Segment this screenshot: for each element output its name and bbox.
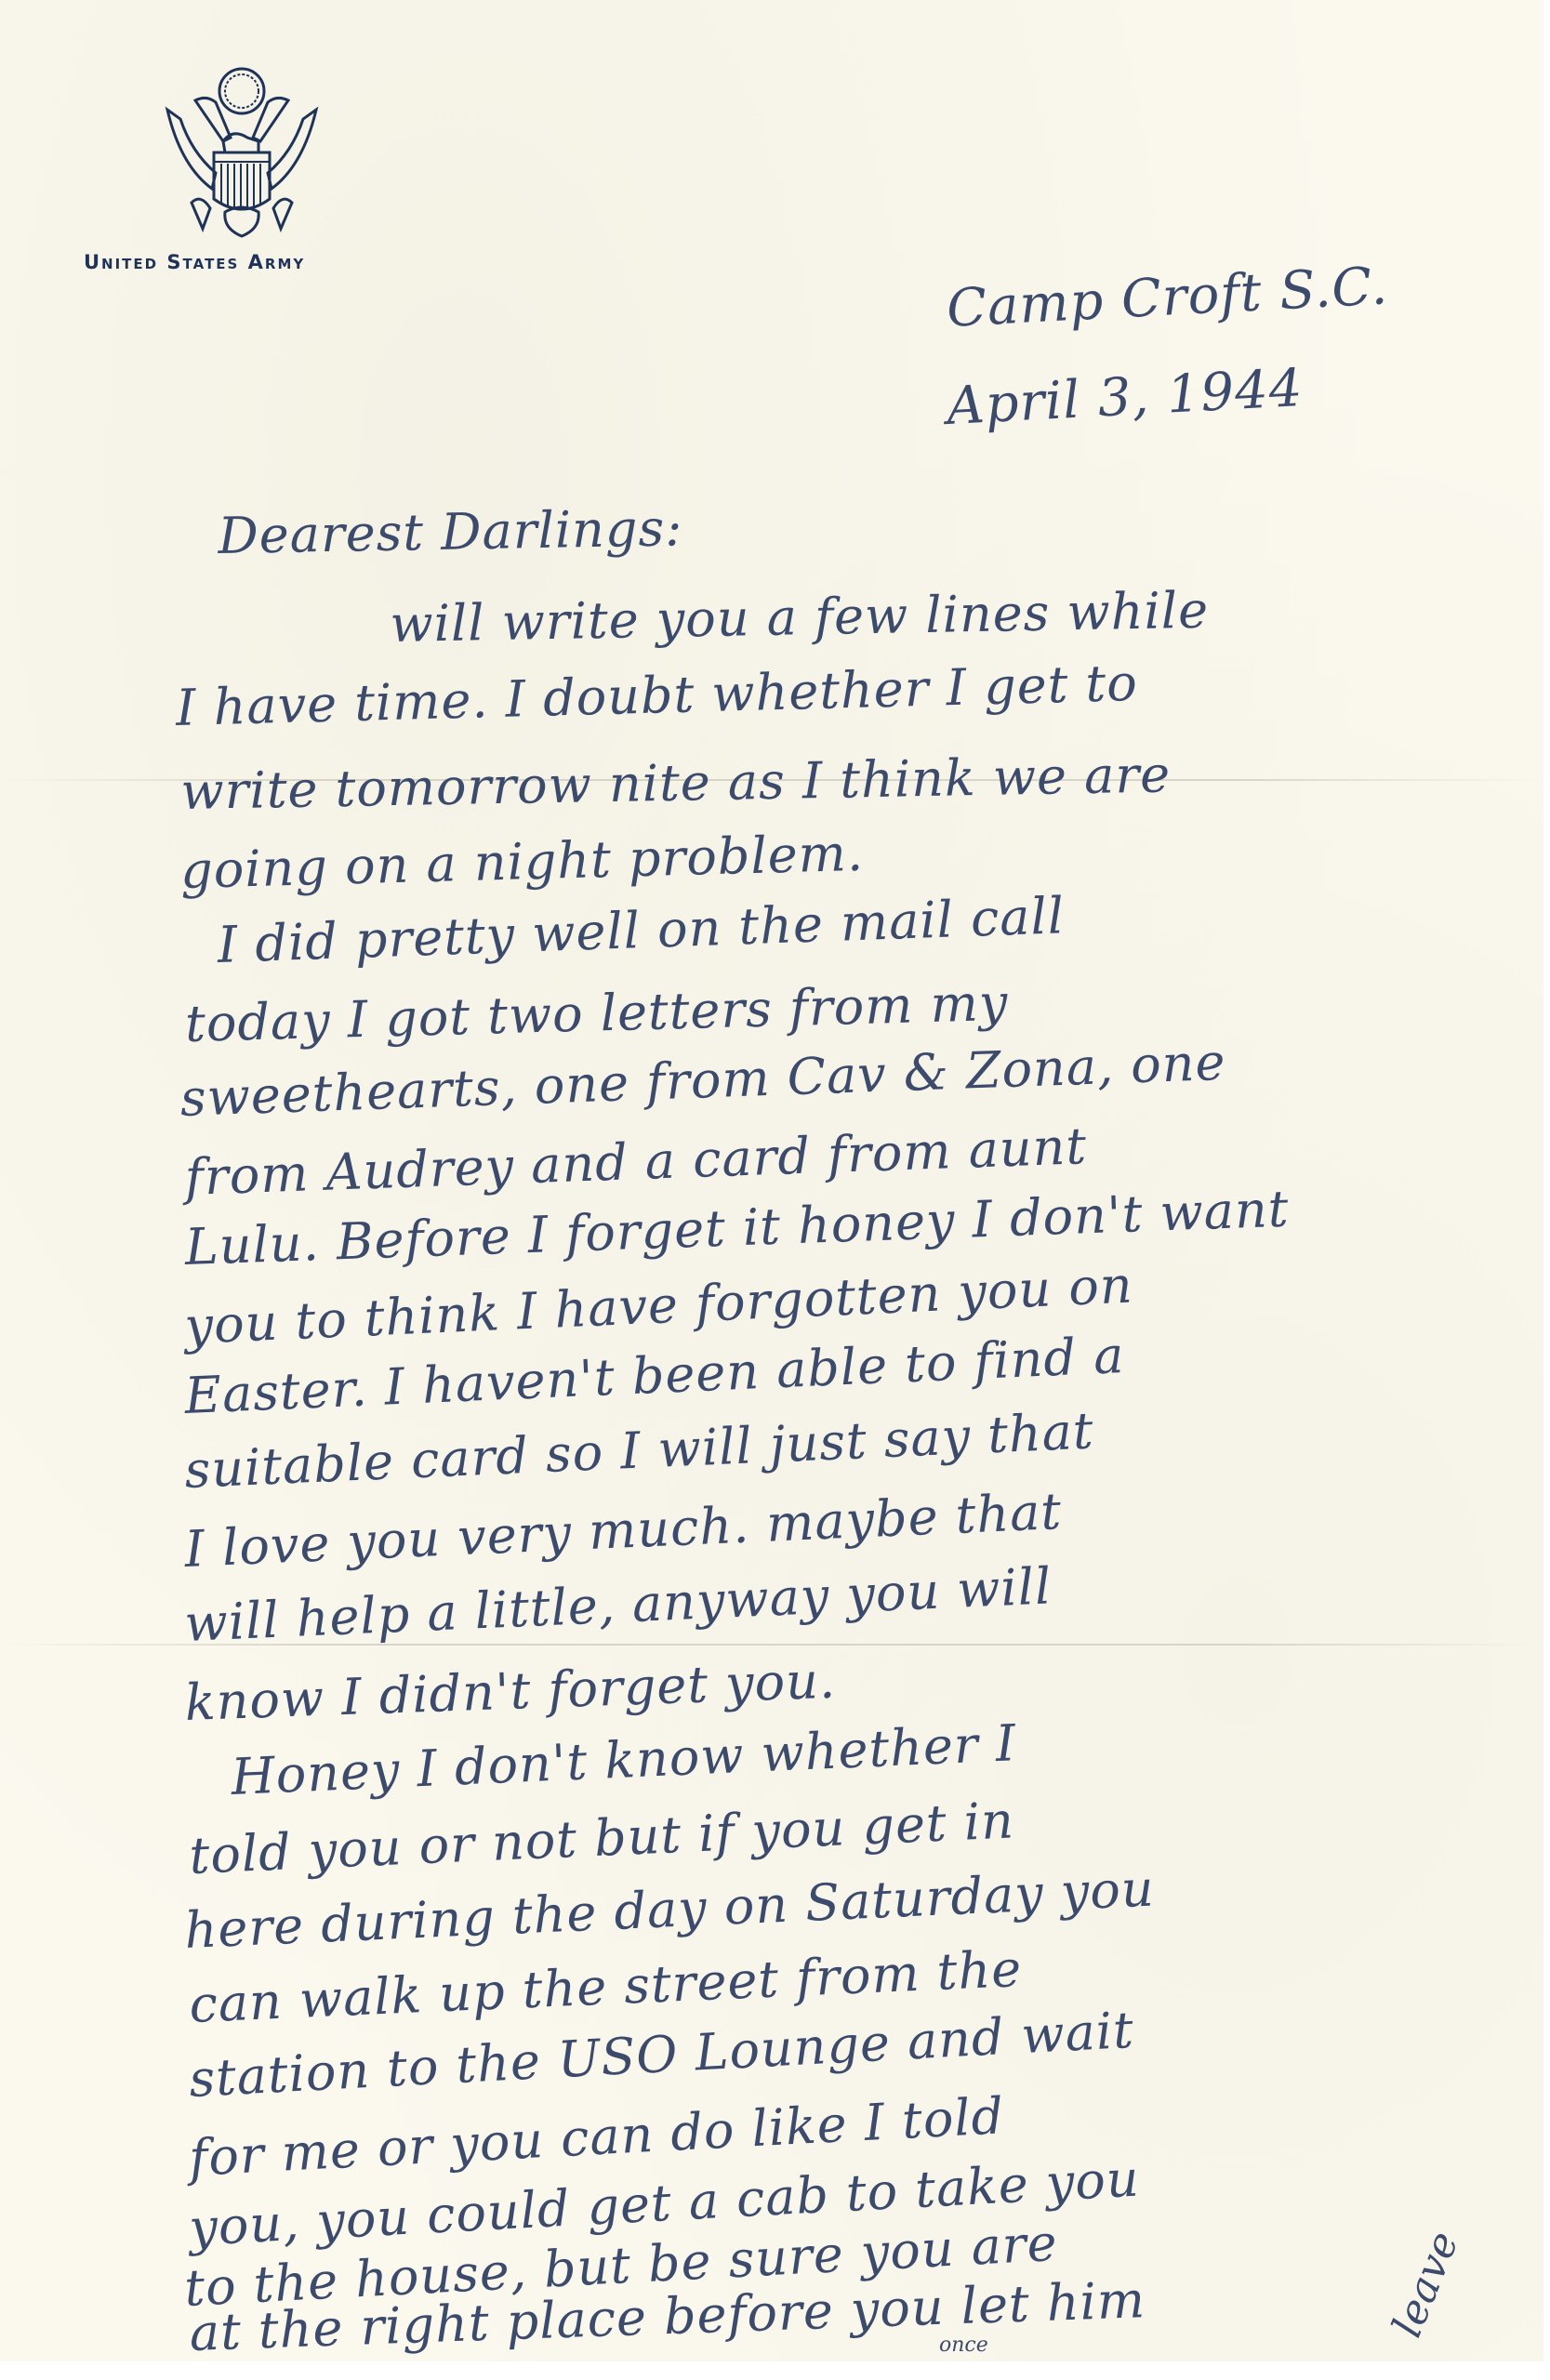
- insert-note: once: [939, 2334, 988, 2357]
- letter-date: April 3, 1944: [946, 358, 1305, 437]
- letter-place: Camp Croft S.C.: [946, 256, 1390, 339]
- salutation: Dearest Darlings:: [218, 498, 683, 565]
- body-line: know I didn't forget you.: [184, 1651, 837, 1732]
- body-line: I did pretty well on the mail call: [217, 886, 1066, 974]
- body-line: I have time. I doubt whether I get to: [175, 654, 1138, 737]
- body-line: Honey I don't know whether I: [230, 1713, 1017, 1806]
- body-line: today I got two letters from my: [184, 973, 1009, 1053]
- margin-note: leave: [1384, 2225, 1468, 2344]
- us-army-eagle-crest-icon: [158, 63, 325, 258]
- body-line: going on a night problem.: [179, 824, 864, 900]
- body-line: will write you a few lines while: [390, 581, 1210, 654]
- letterhead-title: United States Army: [84, 251, 305, 273]
- letter-page: United States Army Camp Croft S.C. April…: [0, 0, 1543, 2361]
- body-line: write tomorrow nite as I think we are: [180, 745, 1172, 821]
